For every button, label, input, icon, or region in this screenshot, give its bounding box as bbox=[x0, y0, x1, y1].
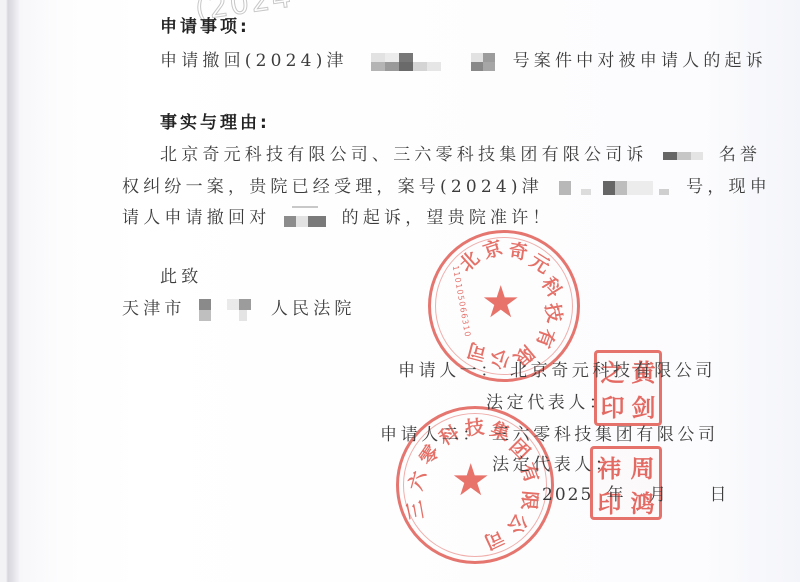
request-heading: 申请事项: bbox=[160, 12, 250, 37]
date-month-unit: 月 bbox=[649, 485, 668, 505]
facts-line-3: 请人申请撤回对 的起诉，望贵院准许！ bbox=[122, 203, 554, 228]
applicant-1-line: 申请人一： 北京奇元科技有限公司 bbox=[398, 356, 716, 381]
facts-line-2-suffix: 号，现申 bbox=[686, 177, 771, 197]
redaction-block bbox=[659, 147, 707, 165]
facts-line-2: 权纠纷一案，贵院已经受理，案号(2024)津 号，现申 bbox=[122, 172, 771, 197]
court-line: 天津市 人民法院 bbox=[122, 294, 356, 319]
document-page: (2024 申请事项: 申请撤回(2024)津 号案件中对被申请人的起诉 事实与… bbox=[0, 0, 800, 582]
seal-char: 奇 bbox=[507, 236, 530, 265]
facts-line-3-prefix: 请人申请撤回对 bbox=[122, 208, 270, 228]
facts-heading: 事实与理由: bbox=[160, 108, 270, 133]
facts-line-1-prefix: 北京奇元科技有限公司、三六零科技集团有限公司诉 bbox=[160, 145, 648, 165]
applicant-1-label: 申请人一： bbox=[398, 361, 501, 381]
date-day-unit: 日 bbox=[709, 485, 728, 505]
legal-rep-1-label: 法定代表人： bbox=[486, 388, 610, 413]
facts-line-1: 北京奇元科技有限公司、三六零科技集团有限公司诉 名誉 bbox=[160, 140, 761, 165]
court-prefix: 天津市 bbox=[122, 299, 186, 319]
star-icon: ★ bbox=[451, 459, 490, 503]
redaction-block bbox=[555, 179, 675, 197]
date-line: 2025 年 月 日 bbox=[542, 480, 728, 505]
applicant-1-name: 北京奇元科技有限公司 bbox=[510, 361, 716, 381]
facts-line-2-prefix: 权纠纷一案，贵院已经受理，案号(2024)津 bbox=[122, 177, 543, 197]
redaction-block bbox=[469, 53, 501, 71]
name-seal-char: 剑 bbox=[632, 388, 656, 423]
date-year: 2025 bbox=[542, 485, 593, 505]
seal-char: 限 bbox=[516, 490, 545, 511]
facts-line-3-suffix: 的起诉，望贵院准许！ bbox=[342, 208, 554, 228]
redaction-block bbox=[282, 210, 330, 228]
date-year-unit: 年 bbox=[607, 485, 626, 505]
name-seal-char: 周 bbox=[631, 449, 655, 484]
star-icon: ★ bbox=[481, 281, 520, 325]
redaction-block bbox=[359, 53, 455, 71]
salutation: 此致 bbox=[160, 262, 202, 287]
facts-line-1-suffix: 名誉 bbox=[719, 145, 761, 165]
redaction-block bbox=[197, 301, 259, 319]
applicant-2-name: 三六零科技集团有限公司 bbox=[492, 425, 719, 445]
court-suffix: 人民法院 bbox=[271, 299, 356, 319]
applicant-2-line: 申请人二： 三六零科技集团有限公司 bbox=[380, 420, 719, 445]
legal-rep-2-label: 法定代表人： bbox=[492, 450, 616, 475]
request-line-suffix: 号案件中对被申请人的起诉 bbox=[513, 51, 767, 71]
request-line: 申请撤回(2024)津 号案件中对被申请人的起诉 bbox=[160, 46, 767, 71]
applicant-2-label: 申请人二： bbox=[380, 425, 483, 445]
request-line-prefix: 申请撤回(2024)津 bbox=[160, 51, 348, 71]
